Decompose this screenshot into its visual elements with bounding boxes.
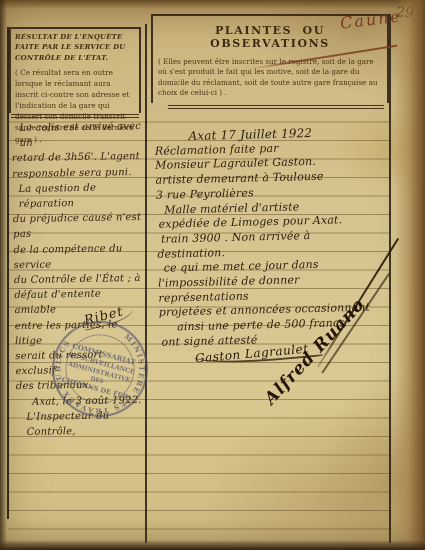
- table-right-border: [389, 14, 391, 543]
- inspection-line: du Contrôle de l'État ; à: [14, 271, 144, 288]
- inspection-line: Le colis est arrivé avec un: [19, 119, 142, 152]
- page-curl-right-edge: [395, 0, 425, 550]
- complaints-note: ( Elles peuvent être inscrites sur le re…: [158, 57, 382, 99]
- photo-top-edge: [0, 0, 425, 9]
- inspection-line: responsable sera puni.: [12, 164, 142, 181]
- inspection-line: La question de réparation: [18, 180, 143, 213]
- inspection-line: retard de 3h56'. L'agent: [12, 149, 142, 166]
- inspection-line: du préjudice causé n'est pas: [13, 210, 144, 243]
- column-divider: [145, 24, 147, 543]
- inspection-line: de la compétence du service: [13, 240, 144, 273]
- result-header-box: RÉSULTAT DE L'ENQUÊTE FAITE PAR LE SERVI…: [9, 27, 141, 113]
- right-double-rule: [168, 105, 384, 109]
- register-page-photo: RÉSULTAT DE L'ENQUÊTE FAITE PAR LE SERVI…: [0, 0, 425, 550]
- corner-annotation: Caune: [339, 6, 403, 32]
- result-title: RÉSULTAT DE L'ENQUÊTE FAITE PAR LE SERVI…: [15, 32, 135, 63]
- photo-left-edge: [0, 0, 7, 550]
- left-double-rule: [11, 114, 139, 118]
- photo-bottom-edge: [0, 540, 425, 550]
